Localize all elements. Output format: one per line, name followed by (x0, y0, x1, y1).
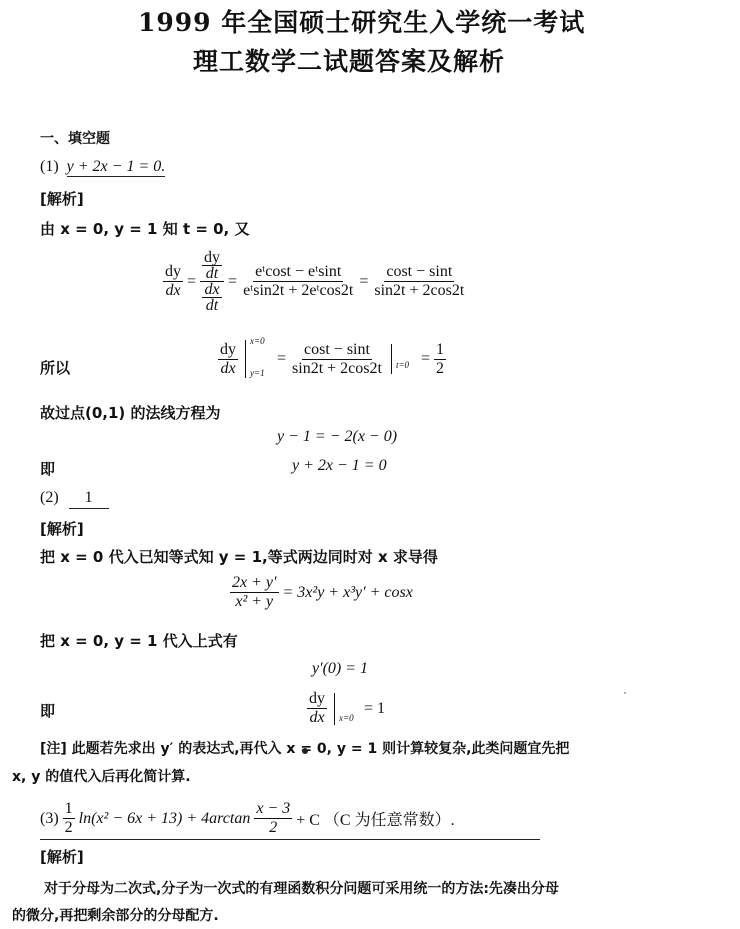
q1-answer: y + 2x − 1 = 0. (67, 158, 166, 177)
q1-normal-eq1: y − 1 = − 2(x − 0) (277, 428, 397, 446)
dy-dx-fraction: dy dx (163, 263, 183, 300)
scan-speck (302, 748, 308, 754)
q1-label: (1) (40, 158, 59, 175)
q1-so-label: 所以 (40, 357, 70, 378)
q1-evaluation: dydx x=0 y=1 = cost − sintsin2t + 2cos2t… (218, 340, 446, 378)
q3-analysis-label: [解析] (40, 846, 84, 867)
q2-note-continued: x, y 的值代入后再化简计算. (12, 766, 191, 786)
document-title-line1: 1999 年全国硕士研究生入学统一考试 (138, 3, 585, 39)
q1-answer-line: (1) y + 2x − 1 = 0. (40, 158, 165, 176)
q3-paragraph-line2: 的微分,再把剩余部分的分母配方. (12, 905, 219, 925)
q1-ie-label: 即 (40, 458, 55, 479)
q3-answer-line: (3) 12 ln(x² − 6x + 13) + 4arctan x − 32… (40, 800, 540, 840)
q2-intro: 把 x = 0 代入已知等式知 y = 1,等式两边同时对 x 求导得 (40, 546, 438, 567)
q2-derived-equation: 2x + y′x² + y = 3x²y + x³y′ + cosx (230, 574, 413, 611)
q1-analysis-label: [解析] (40, 188, 84, 209)
q3-label: (3) (40, 810, 59, 828)
q1-derivative-chain: dy dx = dydt dxdt = eᵗcost − eᵗsint eᵗsi… (163, 250, 466, 313)
q1-normal-eq2: y + 2x − 1 = 0 (292, 457, 387, 475)
scan-speck (624, 692, 626, 694)
q3-paragraph-line1: 对于分母为二次式,分子为一次式的有理函数积分问题可采用统一的方法:先凑出分母 (44, 878, 559, 898)
section-heading: 一、填空题 (40, 128, 110, 148)
evaluation-bar: x=0 y=1 (245, 340, 246, 378)
q2-label: (2) (40, 489, 59, 506)
q2-analysis-label: [解析] (40, 518, 84, 539)
parametric-derivative-fraction: dydt dxdt (200, 250, 224, 313)
exponential-fraction: eᵗcost − eᵗsint eᵗsin2t + 2eᵗcos2t (241, 263, 355, 300)
simplified-fraction: cost − sint sin2t + 2cos2t (372, 263, 466, 300)
q2-answer: 1 (69, 489, 109, 509)
q1-intro: 由 x = 0, y = 1 知 t = 0, 又 (40, 218, 249, 239)
document-title-line2: 理工数学二试题答案及解析 (193, 42, 505, 78)
q1-normal-line-text: 故过点(0,1) 的法线方程为 (40, 402, 221, 423)
q2-answer-line: (2) 1 (40, 489, 109, 509)
result-one-half: 12 (434, 341, 446, 378)
q2-substitution-text: 把 x = 0, y = 1 代入上式有 (40, 630, 238, 651)
q2-ie-label: 即 (40, 700, 55, 721)
q2-result2: dydx x=0 = 1 (307, 690, 385, 727)
q2-result1: y′(0) = 1 (312, 660, 368, 678)
